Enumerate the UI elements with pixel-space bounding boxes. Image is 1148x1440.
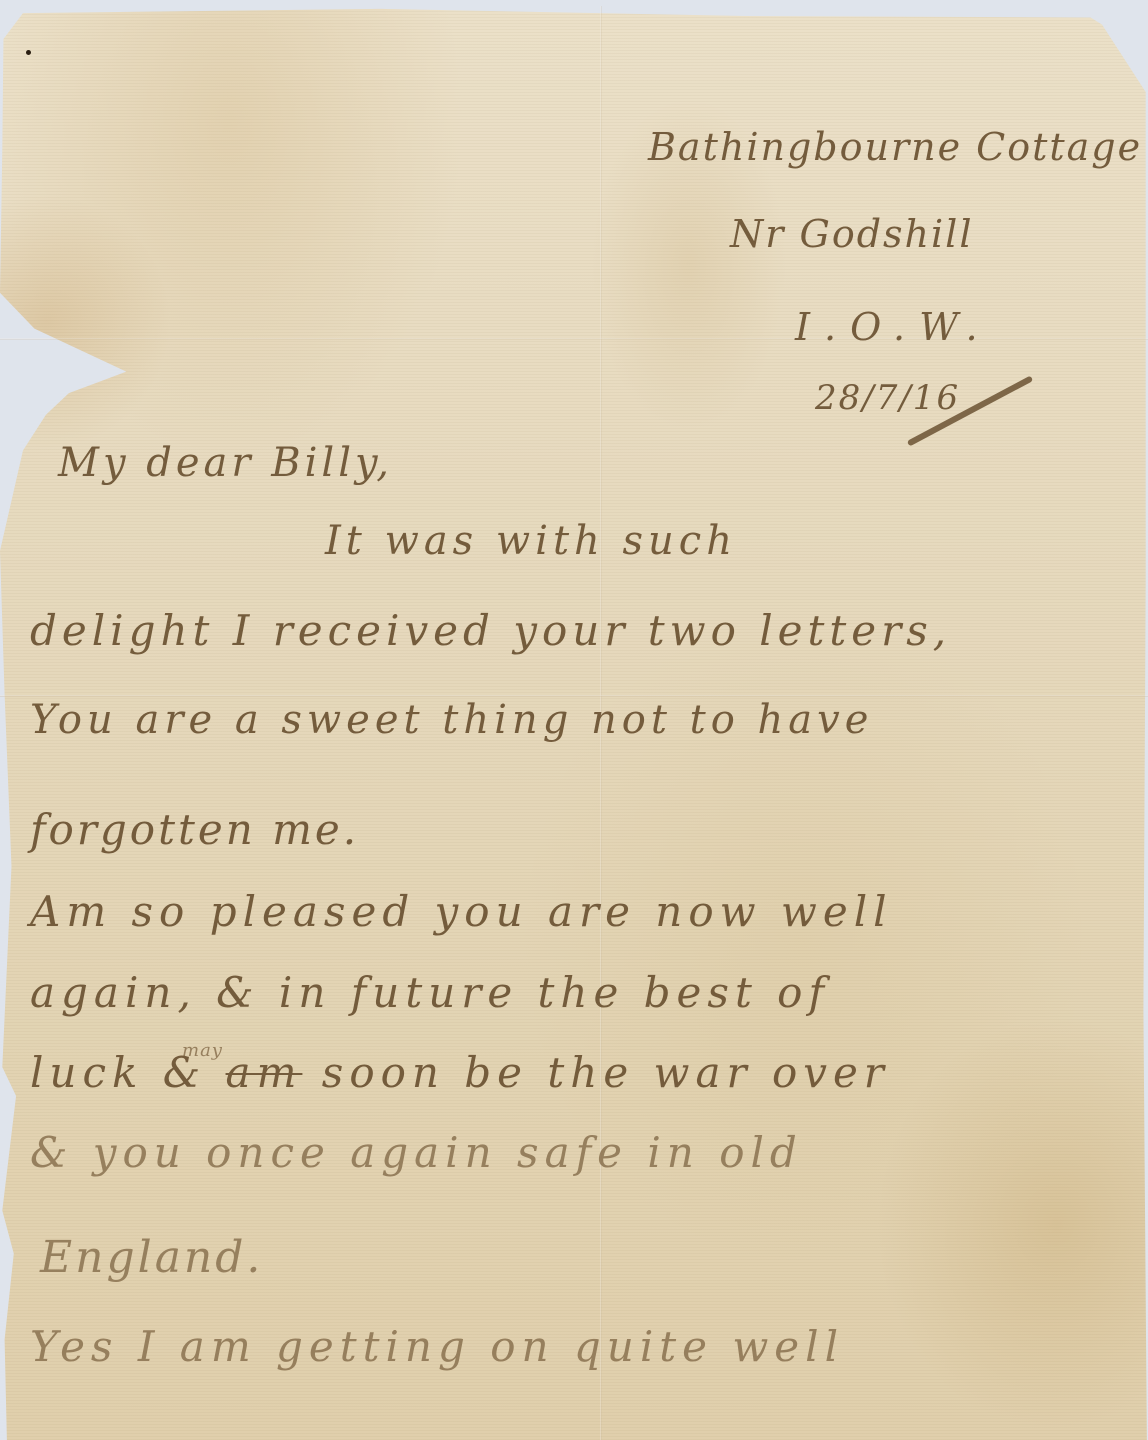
address-line-1: Bathingbourne Cottage <box>648 125 1142 169</box>
salutation: My dear Billy, <box>58 440 393 486</box>
struck-word: am <box>226 1048 303 1097</box>
address-line-3: I.O.W. <box>795 305 992 349</box>
address-line-2: Nr Godshill <box>730 212 974 256</box>
body-line-8: & you once again safe in old <box>30 1128 803 1177</box>
body-line-3: You are a sweet thing not to have <box>30 697 873 743</box>
line-7-end: soon be the war over <box>302 1048 889 1097</box>
letter-date: 28/7/16 <box>815 378 960 418</box>
ink-spot <box>26 50 31 55</box>
body-line-10: Yes I am getting on quite well <box>30 1322 844 1371</box>
body-line-2: delight I received your two letters, <box>30 606 951 655</box>
line-7-start: luck & <box>30 1048 226 1097</box>
scanned-letter: Bathingbourne Cottage Nr Godshill I.O.W.… <box>0 0 1148 1440</box>
body-line-1: It was with such <box>325 518 737 564</box>
body-line-6: again, & in future the best of <box>30 968 830 1017</box>
body-line-5: Am so pleased you are now well <box>30 887 893 936</box>
body-line-9: England. <box>40 1232 263 1283</box>
body-line-7: luck & am soon be the war over <box>30 1048 890 1097</box>
body-line-4: forgotten me. <box>30 805 359 854</box>
